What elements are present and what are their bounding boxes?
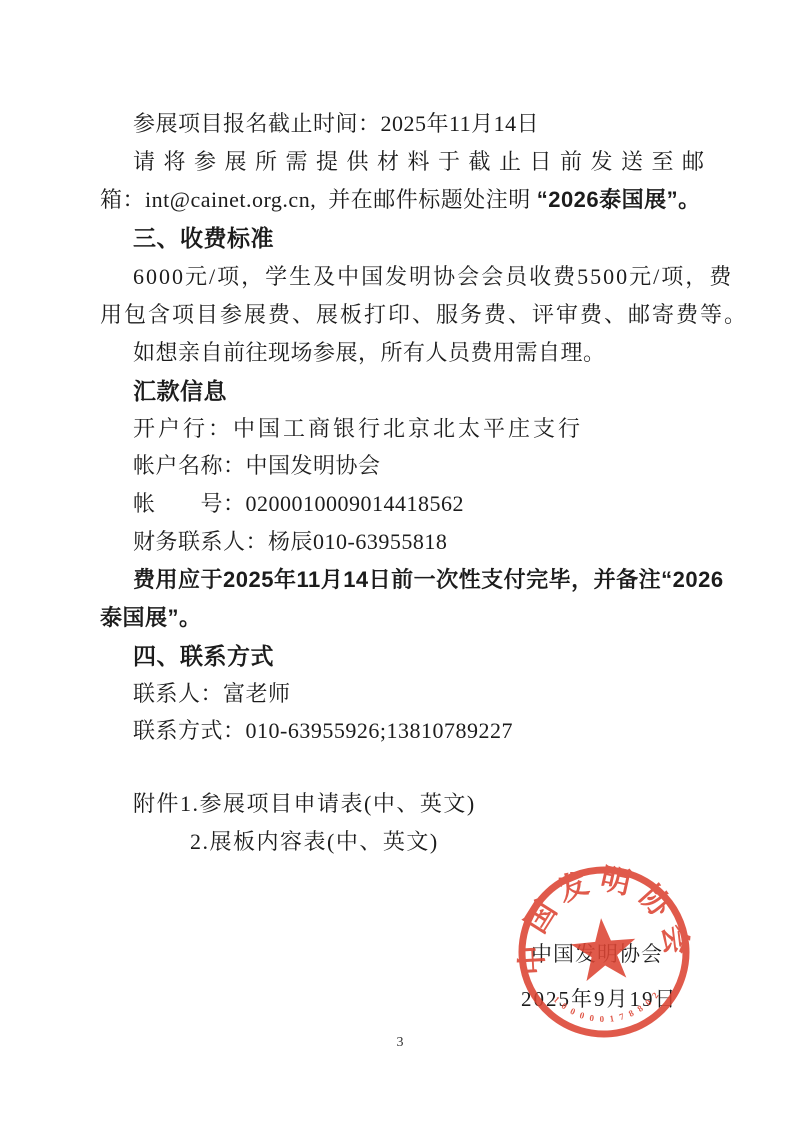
doc-line-fee-1: 6000元/项，学生及中国发明协会会员收费5500元/项，费 (133, 263, 733, 291)
email-text: 箱：int@cainet.org.cn, 并在邮件标题处注明 (100, 187, 537, 212)
doc-line-email: 箱：int@cainet.org.cn, 并在邮件标题处注明 “2026泰国展”… (100, 186, 701, 214)
section-heading-remittance: 汇款信息 (133, 377, 227, 406)
signature-org: 中国发明协会 (531, 938, 663, 968)
doc-line-attachment-1: 附件1.参展项目申请表(中、英文) (133, 790, 476, 818)
section-heading-contact: 四、联系方式 (133, 642, 274, 671)
doc-line-self-pay: 如想亲自前往现场参展，所有人员费用需自理。 (133, 339, 606, 367)
doc-line-send-materials: 请将参展所需提供材料于截止日前发送至邮 (133, 148, 713, 176)
document-page: 参展项目报名截止时间：2025年11月14日 请将参展所需提供材料于截止日前发送… (0, 0, 800, 1131)
doc-line-finance-contact: 财务联系人：杨辰010-63955818 (133, 528, 447, 556)
doc-line-account-name: 帐户名称：中国发明协会 (133, 452, 381, 480)
doc-line-contact-person: 联系人：富老师 (133, 680, 291, 708)
doc-line-bank: 开户行：中国工商银行北京北太平庄支行 (133, 415, 583, 443)
doc-line-payment-note-1: 费用应于2025年11月14日前一次性支付完毕，并备注“2026 (133, 566, 724, 594)
doc-line-contact-phone: 联系方式：010-63955926;13810789227 (133, 717, 513, 745)
section-heading-fees: 三、收费标准 (133, 224, 274, 253)
email-note-bold: “2026泰国展”。 (537, 187, 701, 212)
doc-line-fee-2: 用包含项目参展费、展板打印、服务费、评审费、邮寄费等。 (100, 301, 748, 329)
doc-line-payment-note-2: 泰国展”。 (100, 604, 202, 632)
doc-line-account-number: 帐 号：0200010009014418562 (133, 490, 464, 518)
signature-date: 2025年9月19日 (521, 983, 678, 1013)
doc-line-attachment-2: 2.展板内容表(中、英文) (190, 828, 439, 856)
page-number: 3 (0, 1035, 800, 1051)
doc-line-deadline: 参展项目报名截止时间：2025年11月14日 (133, 110, 539, 138)
